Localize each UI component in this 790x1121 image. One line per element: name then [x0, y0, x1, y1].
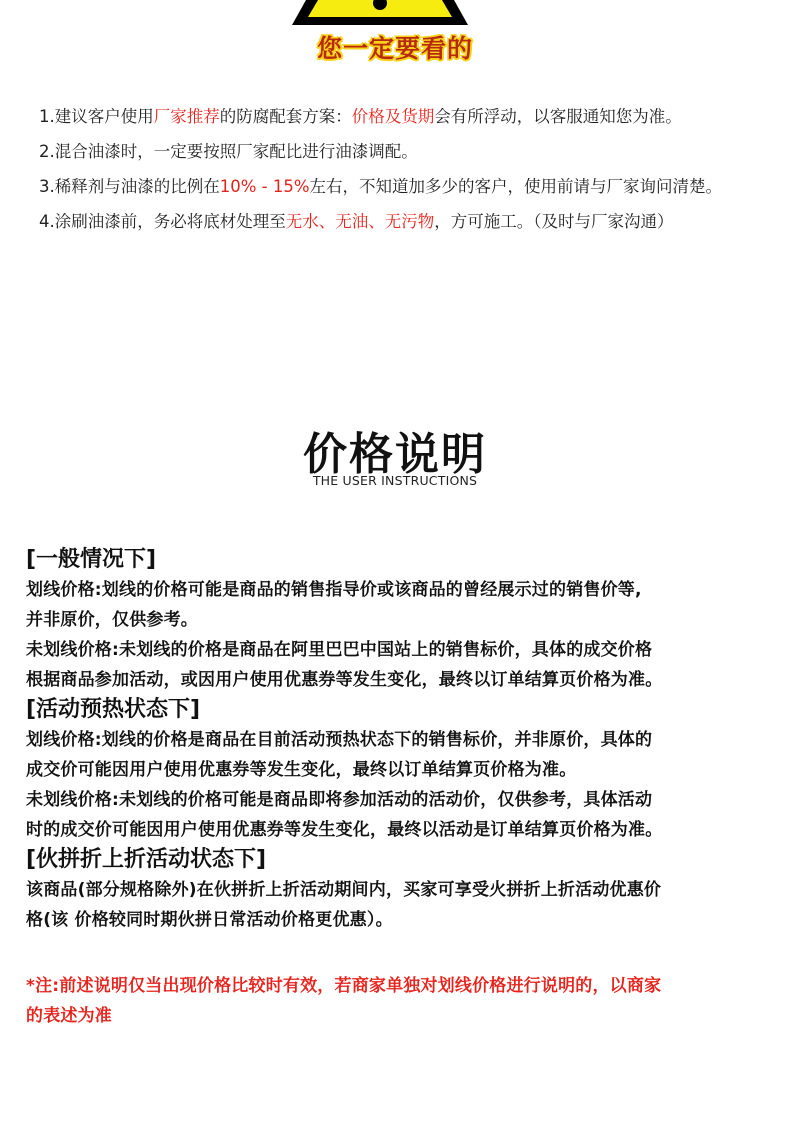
block-line: 未划线价格:未划线的价格可能是商品即将参加活动的活动价，仅供参考，具体活动 — [26, 785, 726, 815]
note-text: 2.混合油漆时，一定要按照厂家配比进行油漆调配。 — [39, 142, 418, 161]
note-text: ，方可施工。（及时与厂家沟通） — [434, 212, 673, 231]
block-heading: [一般情况下] — [26, 545, 726, 575]
block-heading: [伙拼折上折活动状态下] — [26, 845, 726, 875]
note-highlight: 无水、无油、无污物 — [286, 212, 435, 231]
note-highlight: 厂家推荐 — [154, 107, 220, 126]
note-item: 3.稀释剂与油漆的比例在10% - 15%左右，不知道加多少的客户，使用前请与厂… — [39, 174, 734, 200]
disclaimer-line: 的表述为准 — [26, 1001, 726, 1031]
note-text: 会有所浮动，以客服通知您为准。 — [434, 107, 682, 126]
disclaimer: *注:前述说明仅当出现价格比较时有效，若商家单独对划线价格进行说明的，以商家 的… — [26, 971, 726, 1031]
block-line: 划线价格:划线的价格可能是商品的销售指导价或该商品的曾经展示过的销售价等, — [26, 575, 726, 605]
warning-triangle-icon — [292, 0, 468, 26]
disclaimer-line: *注:前述说明仅当出现价格比较时有效，若商家单独对划线价格进行说明的，以商家 — [26, 971, 726, 1001]
warning-title: 您一定要看的 — [0, 29, 790, 65]
block-line: 并非原价，仅供参考。 — [26, 605, 726, 635]
note-highlight: 10% - 15% — [220, 177, 310, 196]
note-text: 1.建议客户使用 — [39, 107, 154, 126]
price-explanation: [一般情况下] 划线价格:划线的价格可能是商品的销售指导价或该商品的曾经展示过的… — [26, 545, 726, 1031]
block-line: 成交价可能因用户使用优惠券等发生变化，最终以订单结算页价格为准。 — [26, 755, 726, 785]
note-item: 2.混合油漆时，一定要按照厂家配比进行油漆调配。 — [39, 139, 734, 165]
block-line: 该商品(部分规格除外)在伙拼折上折活动期间内，买家可享受火拼折上折活动优惠价 — [26, 875, 726, 905]
note-text: 3.稀释剂与油漆的比例在 — [39, 177, 220, 196]
block-line: 格(该 价格较同时期伙拼日常活动价格更优惠）。 — [26, 905, 726, 935]
note-text: 4.涂刷油漆前，务必将底材处理至 — [39, 212, 286, 231]
note-item: 4.涂刷油漆前，务必将底材处理至无水、无油、无污物，方可施工。（及时与厂家沟通） — [39, 209, 734, 235]
section-subtitle: THE USER INSTRUCTIONS — [0, 473, 790, 488]
block-line: 未划线价格:未划线的价格是商品在阿里巴巴中国站上的销售标价，具体的成交价格 — [26, 635, 726, 665]
block-line: 划线价格:划线的价格是商品在目前活动预热状态下的销售标价，并非原价，具体的 — [26, 725, 726, 755]
note-text: 左右，不知道加多少的客户，使用前请与厂家询问清楚。 — [310, 177, 723, 196]
note-highlight: 价格及货期 — [352, 107, 435, 126]
block-heading: [活动预热状态下] — [26, 695, 726, 725]
note-item: 1.建议客户使用厂家推荐的防腐配套方案：价格及货期会有所浮动，以客服通知您为准。 — [39, 104, 734, 130]
note-text: 的防腐配套方案： — [220, 107, 352, 126]
block-line: 根据商品参加活动，或因用户使用优惠券等发生变化，最终以订单结算页价格为准。 — [26, 665, 726, 695]
notes-list: 1.建议客户使用厂家推荐的防腐配套方案：价格及货期会有所浮动，以客服通知您为准。… — [39, 104, 734, 244]
block-line: 时的成交价可能因用户使用优惠券等发生变化，最终以活动是订单结算页价格为准。 — [26, 815, 726, 845]
